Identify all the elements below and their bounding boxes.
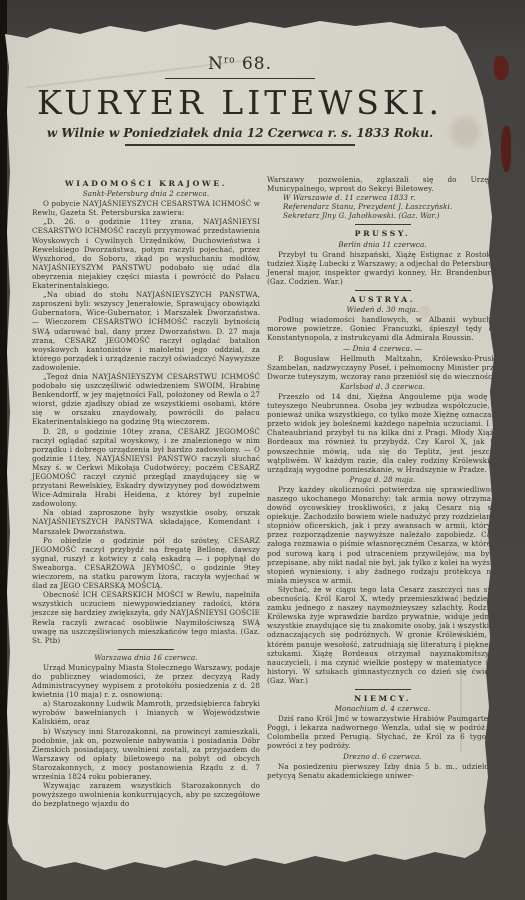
- article-text: D. 28, o godzinie 10tey zrana, CESARZ JE…: [32, 427, 260, 509]
- article-text: P. Bogusław Hellmuth Maltzahn, Królewsko…: [267, 354, 498, 381]
- article-text: O pobycie NAYJAŚNIEYSZYCH CESARSTWA ICHM…: [32, 199, 260, 217]
- article-text: Słychać, że w ciągu tego lata Cesarz zas…: [267, 585, 498, 685]
- article-text: Dziś rano Król Jmć w towarzystwie Hrabió…: [267, 714, 498, 750]
- article-dateline: Praga d. 28 maja.: [267, 475, 498, 484]
- article-text: Po obiedzie o godzinie pół do szóstey, C…: [32, 536, 260, 591]
- scan-background: Nro 68. KURYER LITEWSKI. w Wilnie w Poni…: [0, 0, 525, 900]
- section-divider: [355, 224, 411, 225]
- article-text: Warszawy pozwolenia, zgłaszali się do Ur…: [267, 175, 498, 193]
- article-text: Na obiad zaproszone były wszystkie osoby…: [32, 508, 260, 535]
- dateline-divider: [125, 144, 355, 146]
- section-heading: PRUSSY.: [267, 229, 498, 238]
- article-text: a) Starozakonny Ludwik Mamroth, przedsię…: [32, 699, 260, 726]
- article-text: „Na obiad do stołu NAYJAŚNIEYSZYCH PAŃST…: [32, 290, 260, 372]
- article-text: Przy każdey okoliczności potwierdza się …: [267, 485, 498, 585]
- issue-number: Nro 68.: [5, 54, 475, 74]
- newspaper-title: KURYER LITEWSKI.: [5, 83, 475, 122]
- issue-prefix: N: [208, 54, 224, 74]
- article-dateline: Karlsbad d. 3 czerwca.: [267, 382, 498, 391]
- left-column: WIADOMOŚCI KRAJOWE.Sankt-Petersburg dnia…: [32, 175, 260, 808]
- article-text: Obecność ICH CESARSKICH MOŚCI w Rewlu, n…: [32, 590, 260, 645]
- masthead-dateline: w Wilnie w Poniedziałek dnia 12 Czerwca …: [5, 126, 475, 140]
- article-dateline: Wiedeń d. 30 maja.: [267, 305, 498, 314]
- article-dateline: Warszawa dnia 16 czerwca.: [32, 653, 260, 662]
- article-text: „D. 26. o godzinie 11tey zrana, NAYJAŚNI…: [32, 217, 260, 290]
- article-text: Przybył tu Grand hiszpański, Xiążę Estig…: [267, 250, 498, 286]
- right-column: Warszawy pozwolenia, zgłaszali się do Ur…: [267, 175, 498, 780]
- section-divider: [355, 689, 411, 690]
- article-dateline: Sankt-Petersburg dnia 2 czerwca.: [32, 189, 260, 198]
- red-stain: [501, 126, 511, 172]
- article-dateline: Berlin dnia 11 czerwca.: [267, 240, 498, 249]
- issue-divider: [165, 78, 315, 79]
- section-divider: [355, 290, 411, 291]
- article-text: Na posiedzeniu pierwszey Izby dnia 5 b. …: [267, 762, 498, 780]
- article-text: b) Wszyscy inni Starozakonni, na prowinc…: [32, 727, 260, 782]
- article-text: „Tegoż dnia NAYJAŚNIEYSZYM CESARSTWU ICH…: [32, 372, 260, 427]
- section-heading: AUSTRYA.: [267, 295, 498, 304]
- section-heading: WIADOMOŚCI KRAJOWE.: [32, 179, 260, 188]
- article-text: Urząd Municypalny Miasta Stołecznego War…: [32, 663, 260, 699]
- issue-superscript: ro: [224, 55, 236, 65]
- article-dateline: Drezno d. 6 czerwca.: [267, 752, 498, 761]
- article-text: Wzywając zarazem wszystkich Starozakonny…: [32, 781, 260, 808]
- article-text: — Dnia 4 czerwca. —: [267, 344, 498, 353]
- masthead: Nro 68. KURYER LITEWSKI. w Wilnie w Poni…: [5, 54, 475, 146]
- issue-value: 68.: [242, 54, 272, 74]
- article-dateline: Monachium d. 4 czerwca.: [267, 704, 498, 713]
- article-text: Podług wiadomości handlowych, w Albanii …: [267, 315, 498, 342]
- binding-edge: [0, 0, 7, 900]
- newspaper-page: Nro 68. KURYER LITEWSKI. w Wilnie w Poni…: [5, 12, 507, 882]
- section-heading: NIEMCY.: [267, 694, 498, 703]
- article-text: W Warszawie d. 11 czerwca 1833 r.: [267, 193, 498, 202]
- section-divider: [118, 649, 174, 650]
- article-text: Przeszło od 14 dni, Xiężna Angouleme pij…: [267, 392, 498, 474]
- article-text: Sekretarz Jlny G. Jahołkowski. (Gaz. War…: [267, 211, 498, 220]
- article-text: Referendarz Stanu, Prezydent J. Łaszczyń…: [267, 202, 498, 211]
- red-stain: [494, 56, 509, 80]
